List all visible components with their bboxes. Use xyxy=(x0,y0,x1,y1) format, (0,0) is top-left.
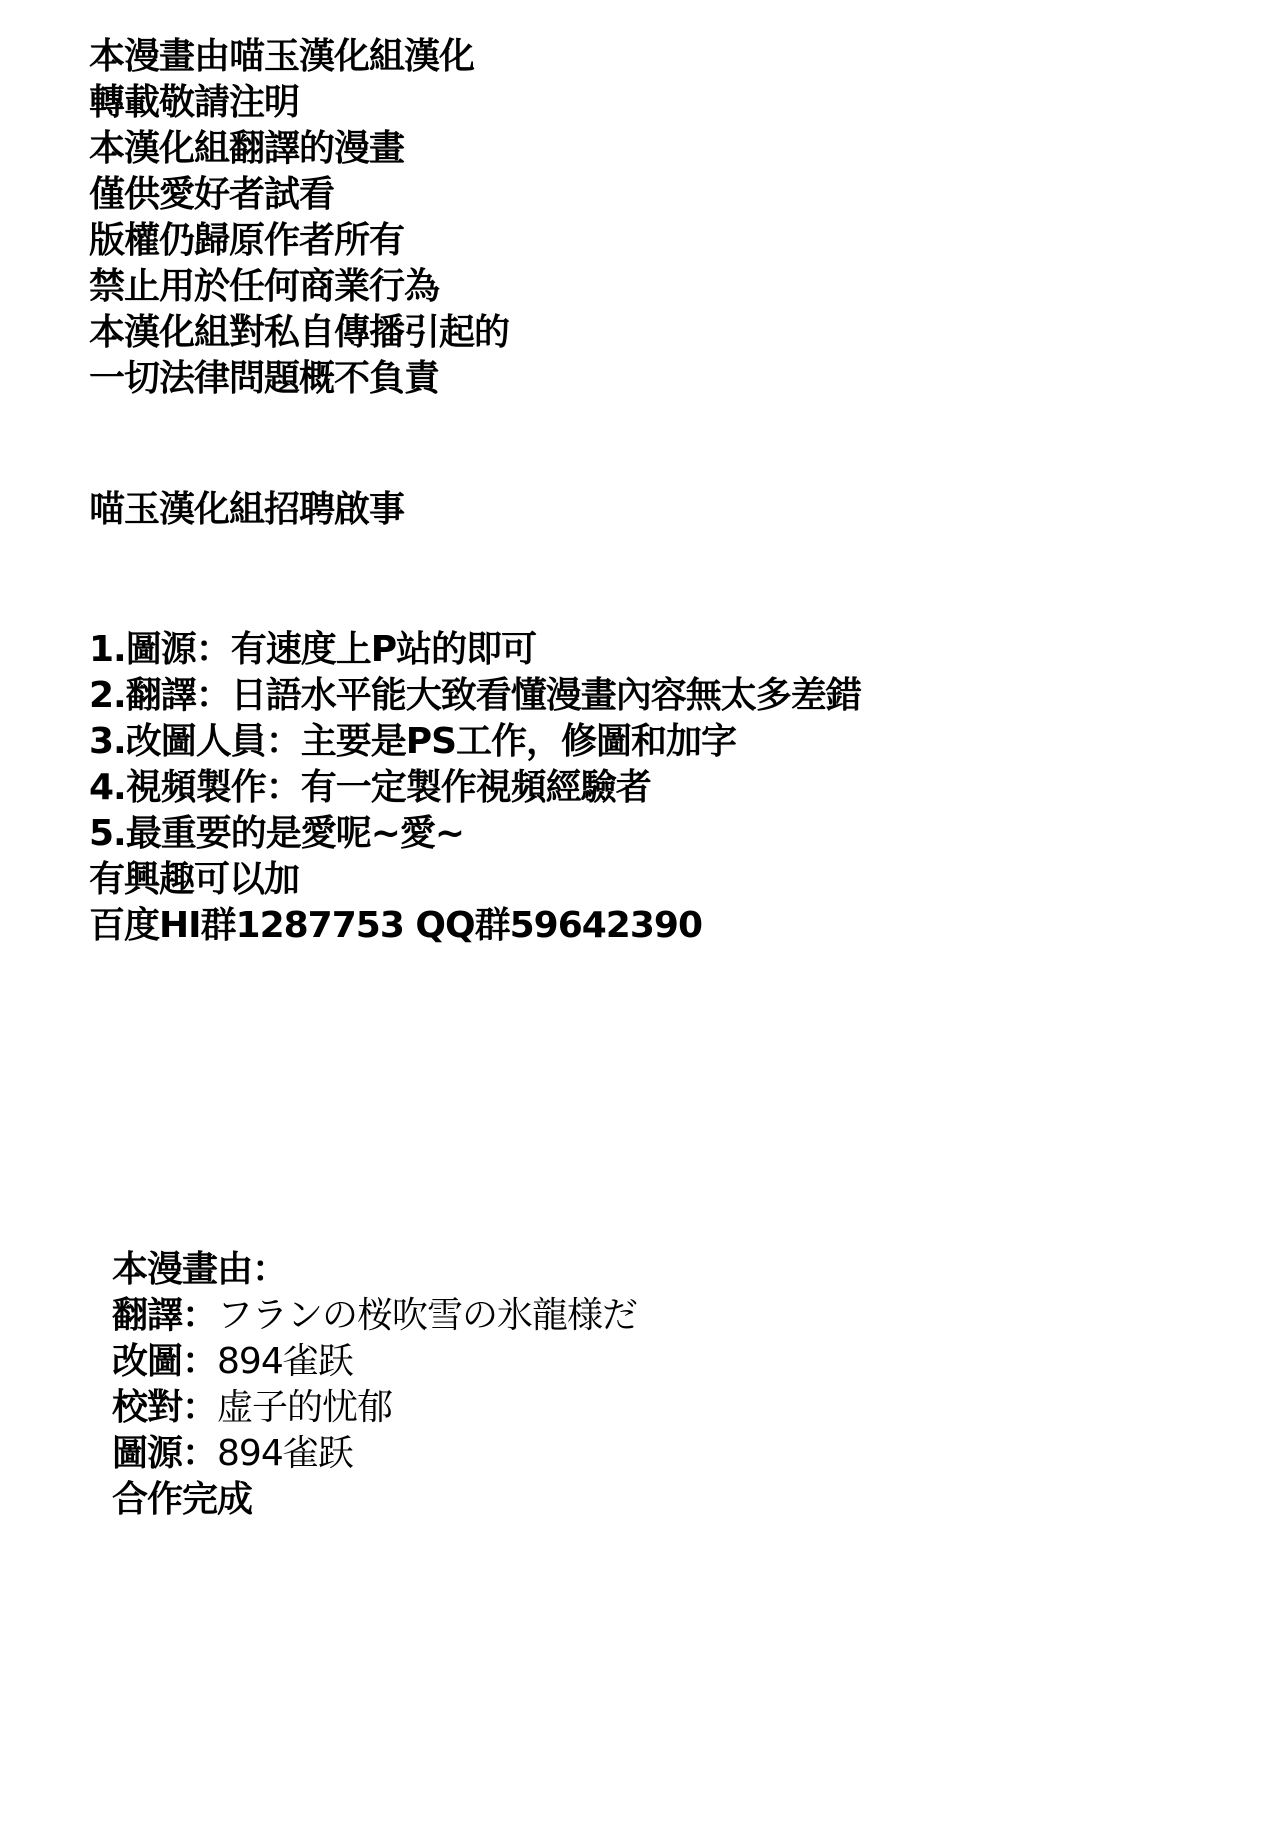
credit-value: 虚子的忧郁 xyxy=(217,1387,392,1428)
credit-label: 圖源： xyxy=(112,1433,217,1474)
credits-header: 本漫畫由： xyxy=(112,1247,637,1293)
recruit-heading: 喵玉漢化組招聘啟事 xyxy=(89,487,404,533)
recruit-contact-intro: 有興趣可以加 xyxy=(89,857,861,903)
credit-label: 校對： xyxy=(112,1387,217,1428)
recruit-item: 5.最重要的是愛呢~愛~ xyxy=(89,811,861,857)
recruit-list: 1.圖源：有速度上P站的即可 2.翻譯：日語水平能大致看懂漫畫內容無太多差錯 3… xyxy=(89,627,861,949)
notice-line: 一切法律問題概不負責 xyxy=(89,356,509,402)
notice-line: 本漫畫由喵玉漢化組漢化 xyxy=(89,34,509,80)
notice-line: 本漢化組翻譯的漫畫 xyxy=(89,126,509,172)
credits-block: 本漫畫由： 翻譯：フランの桜吹雪の氷龍様だ 改圖：894雀跃 校對：虚子的忧郁 … xyxy=(112,1247,637,1523)
credits-footer: 合作完成 xyxy=(112,1477,637,1523)
credit-label: 改圖： xyxy=(112,1341,217,1382)
notice-block: 本漫畫由喵玉漢化組漢化 轉載敬請注明 本漢化組翻譯的漫畫 僅供愛好者試看 版權仍… xyxy=(89,34,509,402)
recruit-item: 3.改圖人員：主要是PS工作，修圖和加字 xyxy=(89,719,861,765)
notice-line: 版權仍歸原作者所有 xyxy=(89,218,509,264)
recruit-item: 2.翻譯：日語水平能大致看懂漫畫內容無太多差錯 xyxy=(89,673,861,719)
notice-line: 禁止用於任何商業行為 xyxy=(89,264,509,310)
notice-line: 轉載敬請注明 xyxy=(89,80,509,126)
recruit-item: 1.圖源：有速度上P站的即可 xyxy=(89,627,861,673)
credit-value: フランの桜吹雪の氷龍様だ xyxy=(217,1295,637,1336)
credit-entry-proofreading: 校對：虚子的忧郁 xyxy=(112,1385,637,1431)
credit-entry-editing: 改圖：894雀跃 xyxy=(112,1339,637,1385)
credit-entry-source: 圖源：894雀跃 xyxy=(112,1431,637,1477)
credit-entry-translation: 翻譯：フランの桜吹雪の氷龍様だ xyxy=(112,1293,637,1339)
notice-line: 僅供愛好者試看 xyxy=(89,172,509,218)
credit-value: 894雀跃 xyxy=(217,1433,353,1474)
notice-line: 本漢化組對私自傳播引起的 xyxy=(89,310,509,356)
recruit-item: 4.視頻製作：有一定製作視頻經驗者 xyxy=(89,765,861,811)
recruit-heading-block: 喵玉漢化組招聘啟事 xyxy=(89,487,404,533)
credit-value: 894雀跃 xyxy=(217,1341,353,1382)
recruit-contact-groups: 百度HI群1287753 QQ群59642390 xyxy=(89,903,861,949)
credit-label: 翻譯： xyxy=(112,1295,217,1336)
